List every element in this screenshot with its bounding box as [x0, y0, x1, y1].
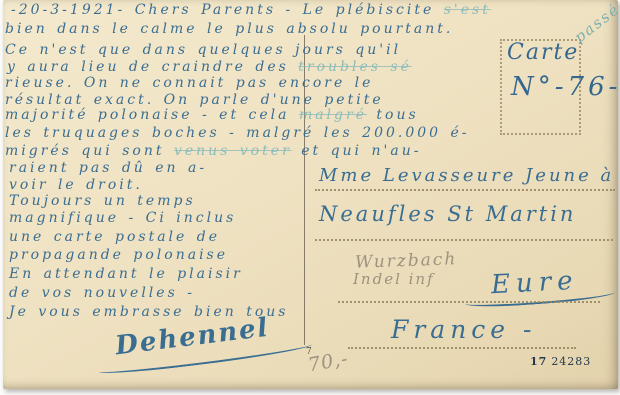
address-dotted-line — [315, 239, 613, 241]
message-line-segment: y aura lieu de craindre des — [7, 59, 298, 75]
message-line: En attendant le plaisir — [9, 267, 243, 281]
address-dotted-line — [348, 347, 576, 349]
message-line-segment: -20-3-1921- Chers Parents - Le plébiscit… — [11, 2, 444, 18]
message-line-segment: magnifique - Ci inclus — [9, 210, 236, 226]
message-line-segment: une carte postale de — [9, 229, 220, 245]
message-line-segment: majorité polonaise - et cela — [5, 107, 299, 123]
message-line-segment: bien dans le calme le plus absolu pourta… — [5, 21, 453, 37]
message-line-segment: Ce n'est que dans quelques jours qu'il — [5, 42, 401, 58]
message-line: voir le droit. — [9, 178, 143, 192]
message-line-segment: s'est — [444, 2, 491, 18]
message-line-segment: raient pas dû en a- — [9, 160, 207, 176]
message-line-segment: de vos nouvelles - — [9, 285, 195, 301]
printed-serial-number: 24283 — [551, 355, 591, 368]
pencil-price: 70,- — [306, 348, 350, 377]
postcard: Carte N°-76- -20-3-1921- Chers Parents -… — [3, 0, 618, 389]
message-line-segment: migrés qui sont — [5, 143, 174, 159]
message-line: Toujours un temps — [9, 194, 196, 208]
message-line-segment: rieuse. On ne connait pas encore le — [5, 75, 373, 91]
address-dotted-line — [315, 189, 615, 191]
message-line-segment: venus voter — [174, 143, 292, 159]
message-line: de vos nouvelles - — [9, 286, 195, 300]
address-line-country: France - — [391, 317, 537, 342]
printed-serial-prefix: 17 — [530, 355, 547, 368]
message-line-segment: Toujours un temps — [9, 193, 196, 209]
message-line: bien dans le calme le plus absolu pourta… — [5, 22, 453, 36]
message-line: rieuse. On ne connait pas encore le — [5, 76, 373, 90]
pencil-note-2: Indel inf — [353, 270, 435, 288]
message-line: résultat exact. On parle d'une petite — [5, 93, 384, 107]
message-line-segment: voir le droit. — [9, 177, 143, 193]
message-line: raient pas dû en a- — [9, 161, 207, 175]
message-line-segment: et qui n'au- — [292, 143, 422, 159]
message-line: majorité polonaise - et cela malgré tous — [5, 108, 419, 122]
address-dotted-line — [338, 301, 600, 303]
stamp-box-word-carte: Carte — [507, 42, 579, 64]
printed-serial: 1724283 — [530, 355, 591, 368]
message-line-segment: tous — [367, 107, 419, 123]
stamp-box-word-number: N°-76- — [511, 74, 620, 100]
message-line: -20-3-1921- Chers Parents - Le plébiscit… — [11, 3, 491, 17]
message-line: Ce n'est que dans quelques jours qu'il — [5, 43, 401, 57]
message-line: propagande polonaise — [9, 248, 228, 262]
message-line: magnifique - Ci inclus — [9, 211, 236, 225]
message-line: y aura lieu de craindre des troubles sé — [7, 60, 412, 74]
address-line-city: Neaufles St Martin — [319, 204, 576, 225]
message-line: migrés qui sont venus voter et qui n'au- — [5, 144, 421, 158]
message-line-segment: troubles sé — [298, 59, 412, 75]
message-line: une carte postale de — [9, 230, 220, 244]
message-line-segment: les truquages boches - malgré les 200.00… — [5, 125, 470, 141]
message-line-segment: malgré — [299, 107, 367, 123]
message-line-segment: propagande polonaise — [9, 247, 228, 263]
message-line-segment: résultat exact. On parle d'une petite — [5, 92, 384, 108]
message-line-segment: En attendant le plaisir — [9, 266, 243, 282]
corner-word: passé — [572, 1, 620, 45]
address-line-name: Mme Levasseure Jeune à — [319, 167, 614, 185]
message-line: les truquages boches - malgré les 200.00… — [5, 126, 470, 140]
